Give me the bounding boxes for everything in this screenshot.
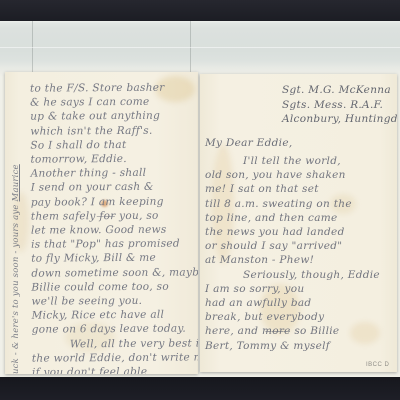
handwritten-line: old son, you have shaken bbox=[205, 168, 380, 182]
address-line: Alconbury, Huntingdon bbox=[282, 112, 397, 127]
handwritten-line: the news you had landed bbox=[205, 225, 380, 239]
handwritten-line: up & take out anything bbox=[30, 109, 198, 124]
handwritten-line: down sometime soon &, maybe bbox=[31, 265, 198, 280]
handwritten-line: at Manston - Phew! bbox=[205, 253, 380, 267]
scan-background-top bbox=[0, 0, 400, 21]
sender-address-block: Sgt. M.G. McKenna Sgts. Mess. R.A.F. Alc… bbox=[282, 83, 397, 127]
handwritten-line: gone on 6 days leave today. bbox=[32, 322, 198, 337]
letter-page-right: Sgt. M.G. McKenna Sgts. Mess. R.A.F. Alc… bbox=[200, 74, 397, 372]
margin-note-signature: Maurice bbox=[11, 164, 21, 201]
handwritten-line: Billie could come too, so bbox=[31, 279, 198, 294]
handwritten-line: or should I say "arrived" bbox=[205, 239, 380, 253]
handwritten-line: Micky, Rice etc have all bbox=[32, 308, 198, 323]
handwritten-line: tomorrow, Eddie. bbox=[30, 151, 198, 166]
handwritten-line: I'll tell the world, bbox=[205, 154, 380, 168]
handwritten-line: the world Eddie, don't write me bbox=[32, 350, 198, 365]
handwritten-line: Well, all the very best in bbox=[32, 336, 198, 351]
handwritten-line: & he says I can come bbox=[30, 95, 198, 110]
handwritten-line: I am so sorry, you bbox=[205, 282, 380, 296]
right-page-body: I'll tell the world, old son, you have s… bbox=[205, 154, 380, 353]
handwritten-line: top line, and then came bbox=[205, 211, 380, 225]
handwritten-line: to fly Micky, Bill & me bbox=[31, 251, 198, 266]
address-line: Sgts. Mess. R.A.F. bbox=[282, 98, 397, 113]
handwritten-line: we'll be seeing you. bbox=[31, 293, 198, 308]
archive-watermark: IBCC D bbox=[366, 362, 389, 368]
handwritten-line: So I shall do that bbox=[30, 137, 198, 152]
handwritten-line: if you don't feel able bbox=[32, 364, 198, 374]
scan-background-bottom bbox=[0, 377, 400, 400]
margin-note: Good Luck - & here's to you soon - yours… bbox=[9, 116, 23, 374]
address-line: Sgt. M.G. McKenna bbox=[282, 83, 397, 98]
handwritten-line: pay book? I am keeping bbox=[31, 194, 198, 209]
handwritten-line: Bert, Tommy & myself bbox=[205, 339, 380, 353]
archive-scan-page: { "colors": { "background": "#212229", "… bbox=[0, 0, 400, 400]
handwritten-line: Seriously, though, Eddie bbox=[205, 268, 380, 282]
left-page-body: to the F/S. Store basher & he says I can… bbox=[30, 80, 198, 374]
handwritten-line: Another thing - shall bbox=[31, 166, 198, 181]
crease-line bbox=[0, 47, 400, 48]
handwritten-line: me! I sat on that set bbox=[205, 182, 380, 196]
handwritten-line: which isn't the Raff's. bbox=[30, 123, 198, 138]
handwritten-line: let me know. Good news bbox=[31, 222, 198, 237]
handwritten-line: them safely f̶o̶r̶ you, so bbox=[31, 208, 198, 223]
handwritten-line: I send on your cash & bbox=[31, 180, 198, 195]
salutation: My Dear Eddie, bbox=[205, 136, 293, 150]
handwritten-line: here, and m̶o̶r̶e̶ so Billie bbox=[205, 324, 380, 338]
handwritten-line: till 8 a.m. sweating on the bbox=[205, 197, 380, 211]
handwritten-line: is that "Pop" has promised bbox=[31, 237, 198, 252]
handwritten-line: to the F/S. Store basher bbox=[30, 80, 198, 95]
handwritten-line: had an awfully bad bbox=[205, 296, 380, 310]
handwritten-line: break, but everybody bbox=[205, 310, 380, 324]
letter-page-left: Good Luck - & here's to you soon - yours… bbox=[5, 72, 198, 374]
margin-note-text: Good Luck - & here's to you soon - yours… bbox=[11, 201, 21, 374]
